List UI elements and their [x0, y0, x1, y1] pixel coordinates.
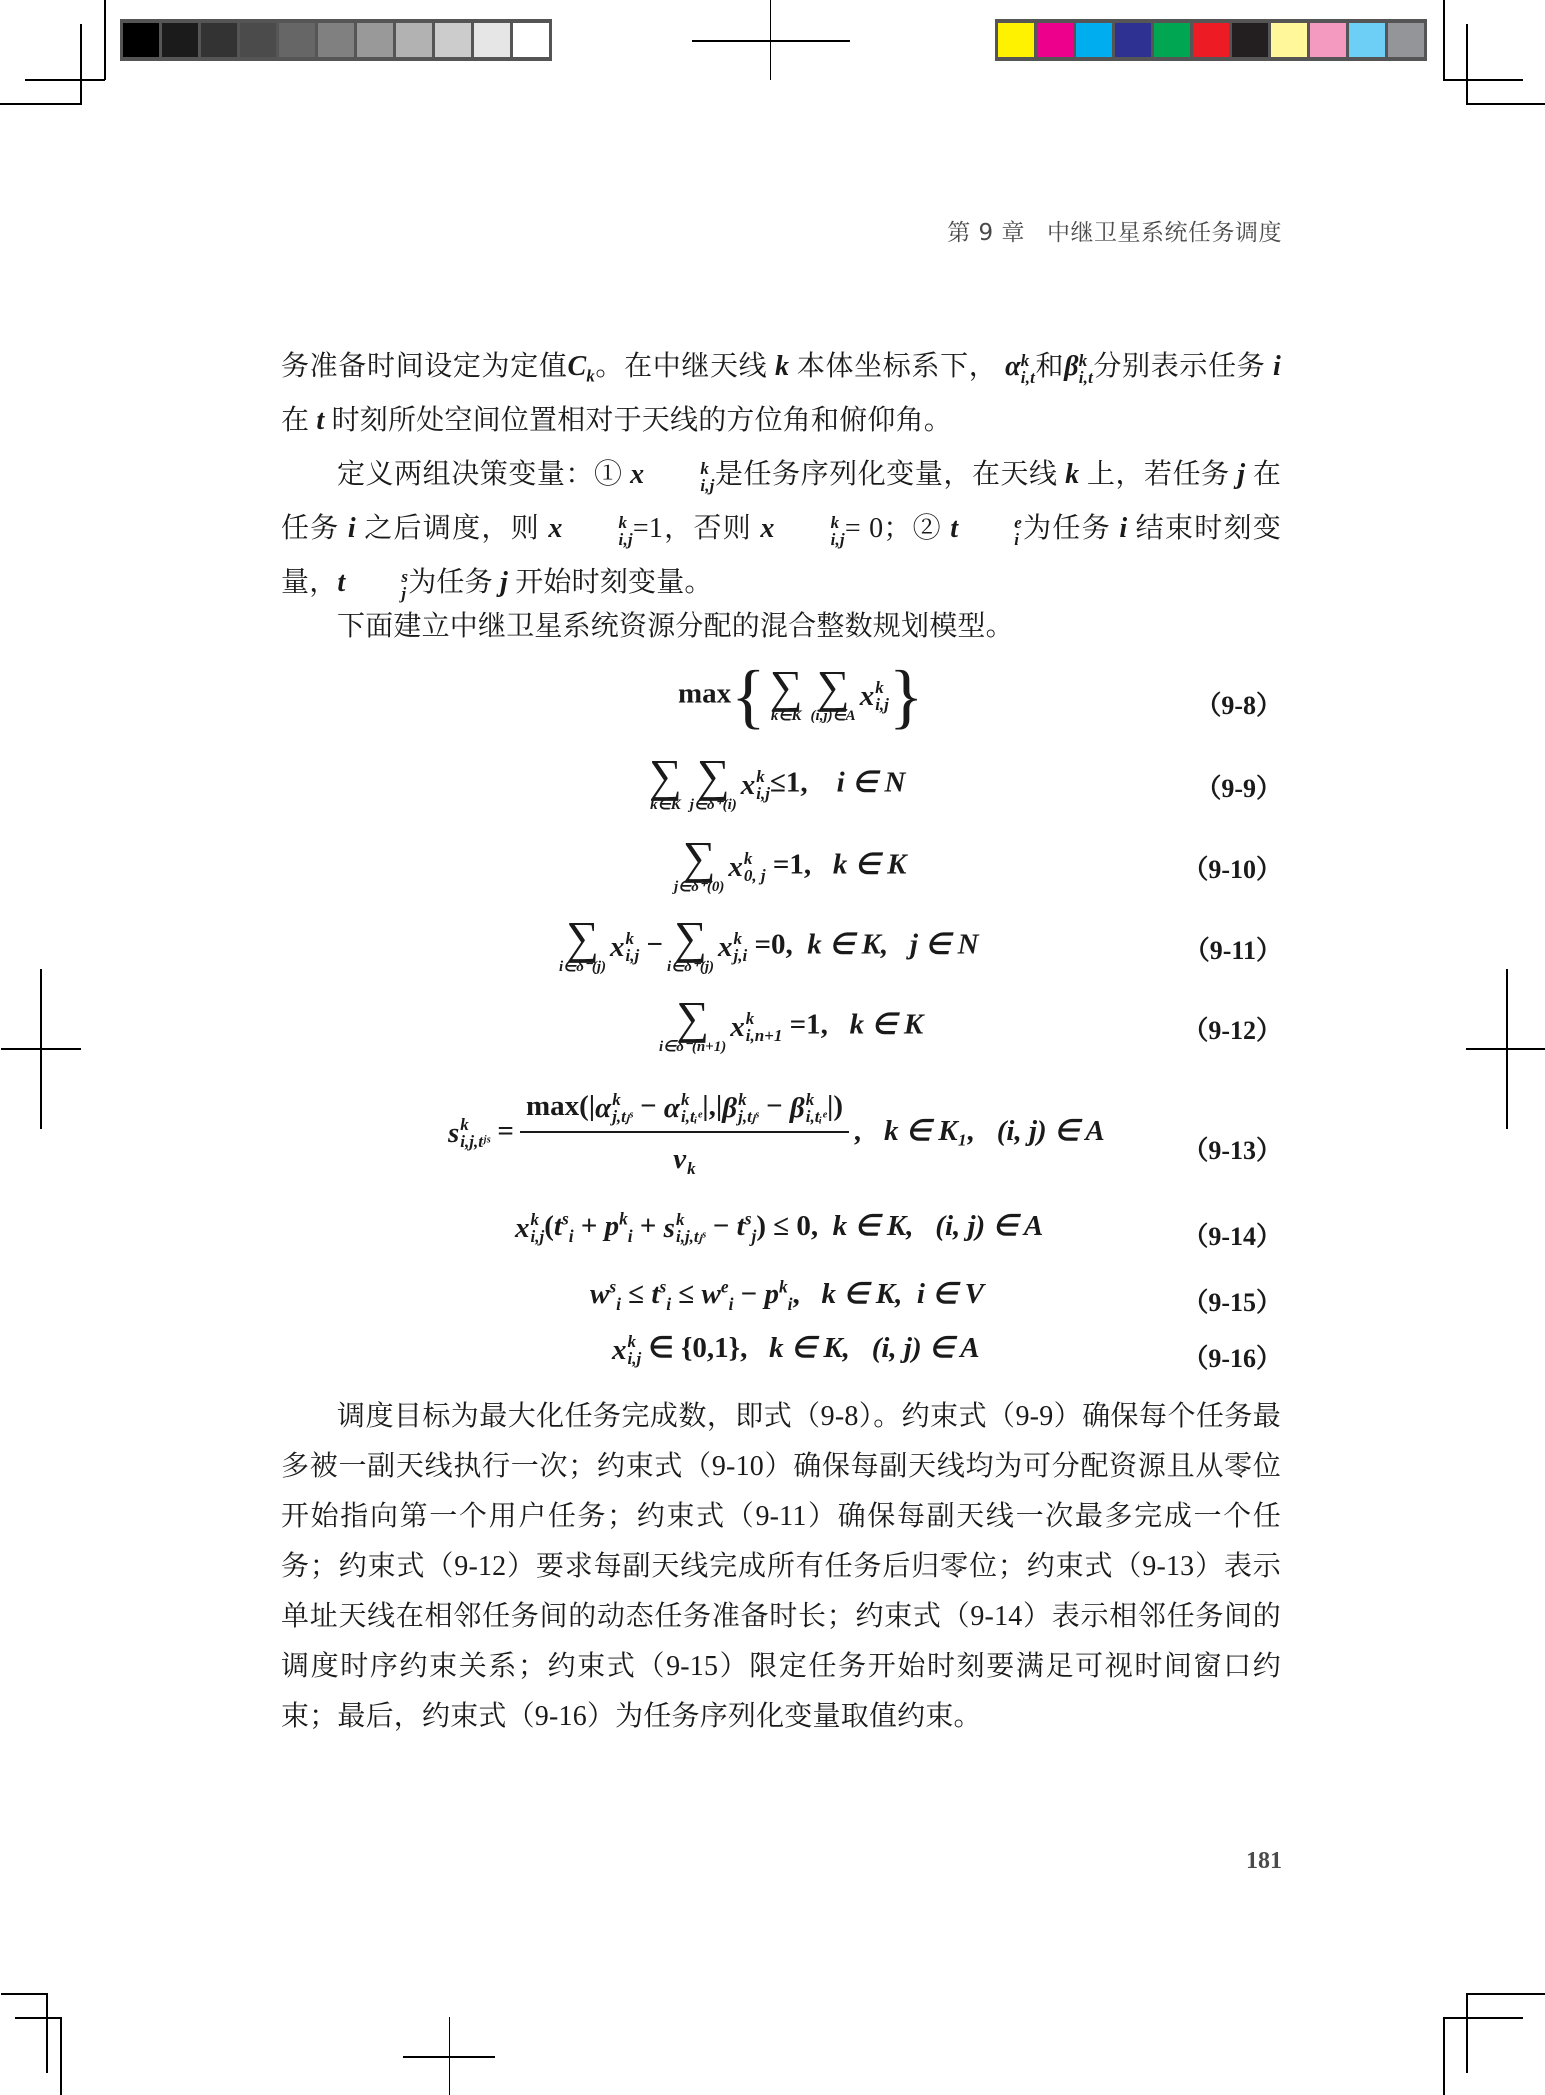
- calibration-swatch: [998, 23, 1034, 57]
- crop-mark-line: [0, 103, 82, 105]
- calibration-swatch: [123, 23, 159, 57]
- equation-number: （9-16）: [1182, 1338, 1282, 1375]
- grayscale-calibration-bar: [120, 19, 552, 61]
- crop-mark-line: [1443, 0, 1445, 80]
- calibration-swatch: [318, 23, 354, 57]
- equation-number: （9-13）: [1182, 1130, 1282, 1167]
- crop-mark-line: [1466, 103, 1545, 105]
- paragraph-4: 调度目标为最大化任务完成数，即式（9-8）。约束式（9-9）确保每个任务最多被一…: [281, 1392, 1281, 1742]
- equation-9-10: ∑j∈δ⁺(0)xk0, j =1, k ∈ K: [670, 838, 906, 896]
- calibration-swatch: [279, 23, 315, 57]
- crop-mark-line: [403, 2056, 495, 2058]
- calibration-swatch: [1310, 23, 1346, 57]
- equation-number: （9-11）: [1184, 930, 1282, 967]
- equation-number: （9-10）: [1182, 849, 1282, 886]
- crop-mark-line: [1, 1993, 47, 1995]
- equation-number: （9-9）: [1195, 768, 1282, 805]
- crop-mark-line: [60, 2017, 62, 2095]
- equation-9-8: max{∑k∈K∑(i,j)∈Axki,j}: [678, 660, 923, 732]
- crop-mark-line: [1466, 24, 1468, 104]
- equation-number: （9-8）: [1195, 685, 1282, 722]
- equation-9-11: ∑i∈δ⁻(j)xki,j −∑i∈δ⁺(j)xkj,i =0, k ∈ K, …: [555, 918, 979, 976]
- crop-mark-line: [25, 79, 105, 81]
- calibration-swatch: [396, 23, 432, 57]
- crop-mark-line: [104, 0, 106, 80]
- equation-9-14: xki,j(tsi + pki + ski,j,tⱼˢ − tsj) ≤ 0, …: [515, 1208, 1043, 1245]
- paragraph-2: 定义两组决策变量：① xki,j是任务序列化变量，在天线 k 上，若任务 j 在…: [281, 448, 1281, 610]
- paragraph-1: 务准备时间设定为定值Ck。在中继天线 k 本体坐标系下， αki,t和βki,t…: [281, 340, 1281, 448]
- crop-mark-line: [1, 1048, 81, 1050]
- calibration-swatch: [1154, 23, 1190, 57]
- crop-mark-line: [80, 24, 82, 104]
- chapter-title: 中继卫星系统任务调度: [1047, 220, 1282, 246]
- calibration-swatch: [1349, 23, 1385, 57]
- calibration-swatch: [1076, 23, 1112, 57]
- calibration-swatch: [1193, 23, 1229, 57]
- crop-mark-line: [1443, 2017, 1445, 2095]
- chapter-label: 第 9 章: [947, 220, 1025, 246]
- calibration-swatch: [1115, 23, 1151, 57]
- equation-number: （9-15）: [1182, 1282, 1282, 1319]
- calibration-swatch: [1388, 23, 1424, 57]
- crop-mark-line: [1466, 1048, 1545, 1050]
- color-calibration-bar: [995, 19, 1427, 61]
- calibration-swatch: [162, 23, 198, 57]
- equation-9-15: wsi ≤ tsi ≤ wei − pki, k ∈ K, i ∈ V: [590, 1276, 984, 1311]
- calibration-swatch: [435, 23, 471, 57]
- calibration-swatch: [513, 23, 549, 57]
- crop-mark-line: [692, 40, 850, 42]
- equation-number: （9-14）: [1182, 1216, 1282, 1253]
- calibration-swatch: [201, 23, 237, 57]
- calibration-swatch: [240, 23, 276, 57]
- running-head: 第 9 章中继卫星系统任务调度: [947, 214, 1282, 247]
- equation-9-12: ∑i∈δ⁻(n+1)xki,n+1 =1, k ∈ K: [655, 998, 923, 1056]
- equation-9-13: ski,j,tʲˢ =max(|αkj,tⱼˢ − αki,tᵢᵉ|,|βkj,…: [448, 1090, 1105, 1177]
- equation-number: （9-12）: [1182, 1010, 1282, 1047]
- equation-9-9: ∑k∈K∑j∈δ⁺(i)xki,j≤1, i ∈ N: [645, 756, 905, 814]
- calibration-swatch: [1271, 23, 1307, 57]
- calibration-swatch: [1037, 23, 1073, 57]
- calibration-swatch: [1232, 23, 1268, 57]
- equation-9-16: xki,j ∈ {0,1}, k ∈ K, (i, j) ∈ A: [612, 1330, 980, 1367]
- crop-mark-line: [1443, 79, 1523, 81]
- crop-mark-line: [46, 1993, 48, 2073]
- calibration-swatch: [357, 23, 393, 57]
- crop-mark-line: [15, 2017, 61, 2019]
- crop-mark-line: [1443, 2017, 1523, 2019]
- page-number: 181: [1246, 1848, 1282, 1875]
- calibration-swatch: [474, 23, 510, 57]
- crop-mark-line: [1466, 1993, 1545, 1995]
- crop-mark-line: [1466, 1993, 1468, 2073]
- paragraph-3: 下面建立中继卫星系统资源分配的混合整数规划模型。: [281, 600, 1281, 654]
